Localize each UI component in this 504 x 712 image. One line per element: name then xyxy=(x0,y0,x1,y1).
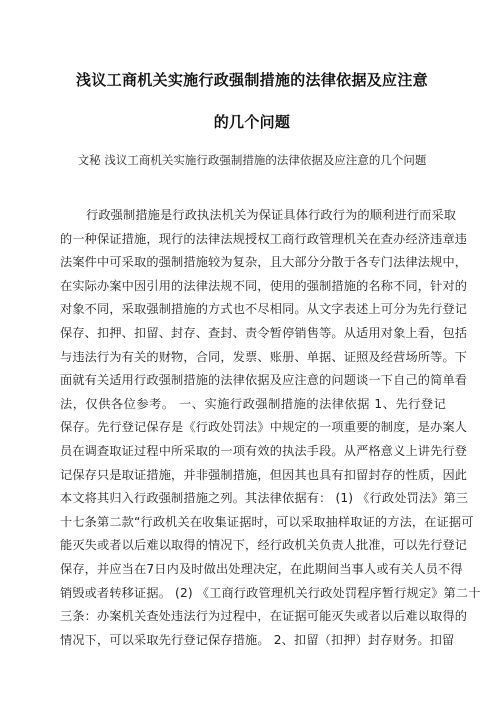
document-page: 浅议工商机关实施行政强制措施的法律依据及应注意 的几个问题 文秘 浅议工商机关实… xyxy=(0,0,504,712)
document-title-line-1: 浅议工商机关实施行政强制措施的法律依据及应注意 xyxy=(0,69,504,90)
body-line: 与违法行为有关的财物，合同，发票、账册、单据、证照及经营场所等。下 xyxy=(60,346,446,370)
body-line: 销毁或者转移证据。 (2) 《工商行政管理机关行政处罚程序暂行规定》第二十 xyxy=(60,582,446,606)
body-line: 能灭失或者以后难以取得的情况下，经行政机关负责人批准，可以先行登记 xyxy=(60,534,446,558)
body-line: 面就有关适用行政强制措施的法律依据及应注意的问题谈一下自己的简单看 xyxy=(60,369,446,393)
body-line: 保存，并应当在7日内及时做出处理决定，在此期间当事人或有关人员不得 xyxy=(60,558,446,582)
body-line: 三条：办案机关查处违法行为过程中，在证据可能灭失或者以后难以取得的 xyxy=(60,605,446,629)
body-line: 情况下，可以采取先行登记保存措施。 2、扣留（扣押）封存财务。扣留 xyxy=(60,629,446,653)
body-line: 行政强制措施是行政执法机关为保证具体行政行为的顺利进行而采取 xyxy=(60,204,446,228)
body-line: 对象不同，采取强制措施的方式也不尽相同。从文字表述上可分为先行登记 xyxy=(60,298,446,322)
body-line: 保存。先行登记保存是《行政处罚法》中规定的一项重要的制度，是办案人 xyxy=(60,416,446,440)
body-line: 本文将其归入行政强制措施之列。其法律依据有： (1) 《行政处罚法》第三 xyxy=(60,487,446,511)
body-line: 法，仅供各位参考。 一、实施行政强制措施的法律依据 1、先行登记 xyxy=(60,393,446,417)
body-line: 的一种保证措施，现行的法律法规授权工商行政管理机关在查办经济违章违 xyxy=(60,228,446,252)
body-line: 十七条第二款“行政机关在收集证据时，可以采取抽样取证的方法，在证据可 xyxy=(60,511,446,535)
document-subtitle: 文秘 浅议工商机关实施行政强制措施的法律依据及应注意的几个问题 xyxy=(0,152,504,168)
body-line: 员在调查取证过程中所采取的一项有效的执法手段。从严格意义上讲先行登 xyxy=(60,440,446,464)
body-line: 法案件中可采取的强制措施较为复杂，且大部分分散于各专门法律法规中， xyxy=(60,251,446,275)
document-body: 行政强制措施是行政执法机关为保证具体行政行为的顺利进行而采取 的一种保证措施，现… xyxy=(60,204,446,652)
body-line: 保存、扣押、扣留、封存、查封、责令暂停销售等。从适用对象上看，包括 xyxy=(60,322,446,346)
body-line: 在实际办案中因引用的法律法规不同，使用的强制措施的名称不同，针对的 xyxy=(60,275,446,299)
body-line: 记保存只是取证措施，并非强制措施，但因其也具有扣留封存的性质，因此 xyxy=(60,464,446,488)
document-title-line-2: 的几个问题 xyxy=(0,111,504,132)
